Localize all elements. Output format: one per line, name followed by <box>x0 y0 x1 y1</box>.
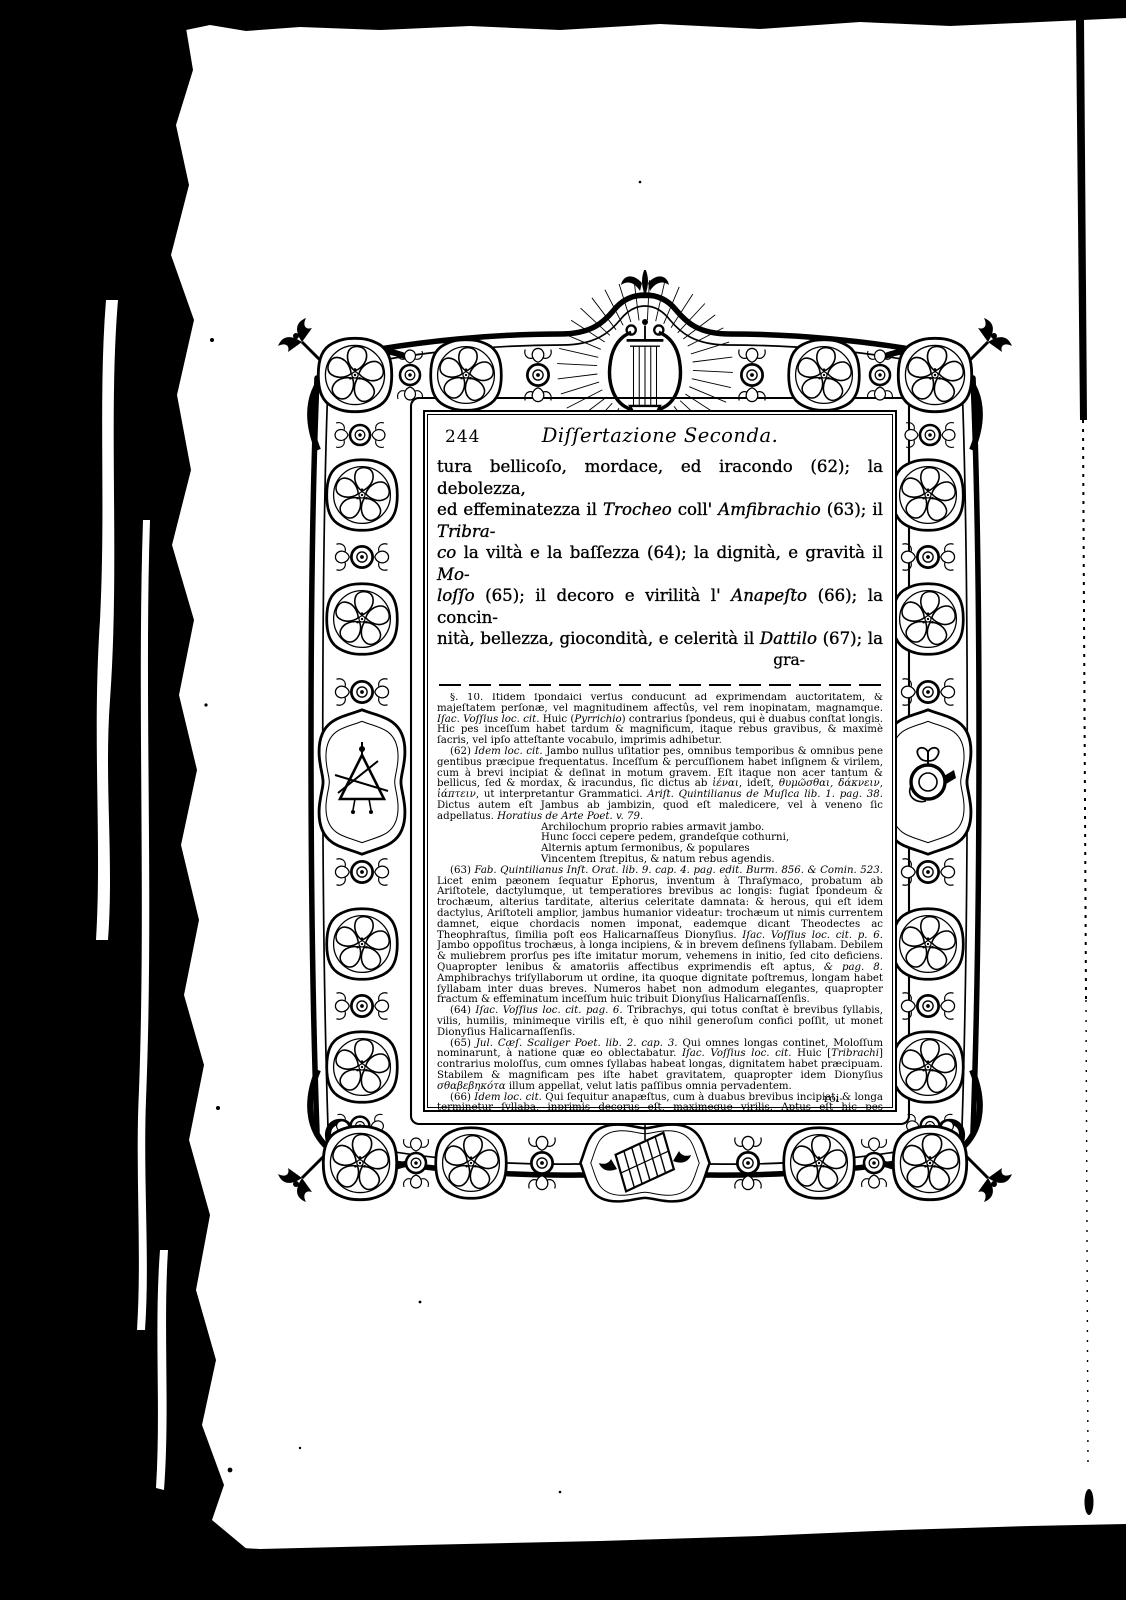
rosette-icon <box>327 1032 398 1103</box>
footnote-separator <box>439 684 881 687</box>
footnote: (62) Idem loc. cit. Jambo nullus uſitati… <box>437 747 883 823</box>
border-right-line <box>973 378 979 1132</box>
scan-gutter-shadow <box>0 0 254 1600</box>
ring-icon <box>404 1138 429 1188</box>
rosette-icon <box>318 338 391 411</box>
rosette-icon <box>323 1126 396 1199</box>
cartouche-frame <box>885 710 971 854</box>
footnote: (63) Fab. Quintilianus Inſt. Orat. lib. … <box>437 866 883 1006</box>
ring-icon <box>862 1138 887 1188</box>
ring-icon <box>335 993 388 1019</box>
catchword: roi- <box>824 1092 843 1105</box>
text-frame: 244 Diſſertazione Seconda. tura bellicoſ… <box>423 410 897 1112</box>
scanned-book-page: 244 Diſſertazione Seconda. tura bellicoſ… <box>0 0 1126 1600</box>
rosette-icon <box>327 584 398 655</box>
text-line: ed effeminatezza il Trocheo coll' Amfibr… <box>437 499 883 542</box>
cartouche-frame <box>319 710 405 854</box>
scan-edge-bottom <box>0 1524 1126 1600</box>
text-line: tura bellicoſo, mordace, ed iracondo (62… <box>437 456 883 499</box>
ring-icon <box>335 679 388 705</box>
rosette-icon <box>431 340 502 411</box>
border-left-line <box>311 378 317 1132</box>
ring-icon <box>905 423 955 448</box>
text-line: loſſo (65); il decoro e virilità l' Anap… <box>437 585 883 628</box>
rosette-icon <box>893 460 964 531</box>
text-line: co la viltà e la baſſezza (64); la digni… <box>437 542 883 585</box>
rosette-icon <box>898 338 971 411</box>
rosette-icon <box>327 460 398 531</box>
catchword: gra- <box>437 650 883 670</box>
ring-icon <box>335 423 385 448</box>
ring-icon <box>735 1136 761 1189</box>
rosette-icon <box>784 1128 855 1199</box>
footnote: §. 10. Itidem ſpondaici verſus conducunt… <box>437 693 883 747</box>
lyre-icon <box>610 319 681 415</box>
ring-icon <box>525 348 551 401</box>
scan-page-fold-line <box>1076 20 1087 420</box>
footnote: (65) Jul. Cæſ. Scaliger Poet. lib. 2. ca… <box>437 1039 883 1093</box>
main-text: tura bellicoſo, mordace, ed iracondo (62… <box>437 456 883 650</box>
rosette-icon <box>893 909 964 980</box>
rosette-icon <box>789 340 860 411</box>
rosette-icon <box>893 1126 966 1199</box>
rosette-icon <box>327 909 398 980</box>
page-number: 244 <box>437 427 489 447</box>
footnotes: §. 10. Itidem ſpondaici verſus conducunt… <box>437 693 883 1112</box>
text-line: nità, bellezza, giocondità, e celerità i… <box>437 628 883 650</box>
rosette-icon <box>893 1032 964 1103</box>
running-header: Diſſertazione Seconda. <box>489 424 831 447</box>
footnote: (64) Iſac. Voſſius loc. cit. pag. 6. Tri… <box>437 1006 883 1038</box>
rosette-icon <box>436 1128 507 1199</box>
ring-icon <box>529 1136 555 1189</box>
ring-icon <box>739 348 765 401</box>
ring-icon <box>335 544 388 570</box>
rosette-icon <box>893 584 964 655</box>
page-header: 244 Diſſertazione Seconda. <box>437 424 883 447</box>
footnote: (66) Idem loc. cit. Qui ſequitur anapæſt… <box>437 1093 883 1112</box>
ring-icon <box>335 859 388 885</box>
scan-edge-top <box>186 0 1126 31</box>
verse-quotation: Archilochum proprio rabies armavit jambo… <box>541 823 883 866</box>
